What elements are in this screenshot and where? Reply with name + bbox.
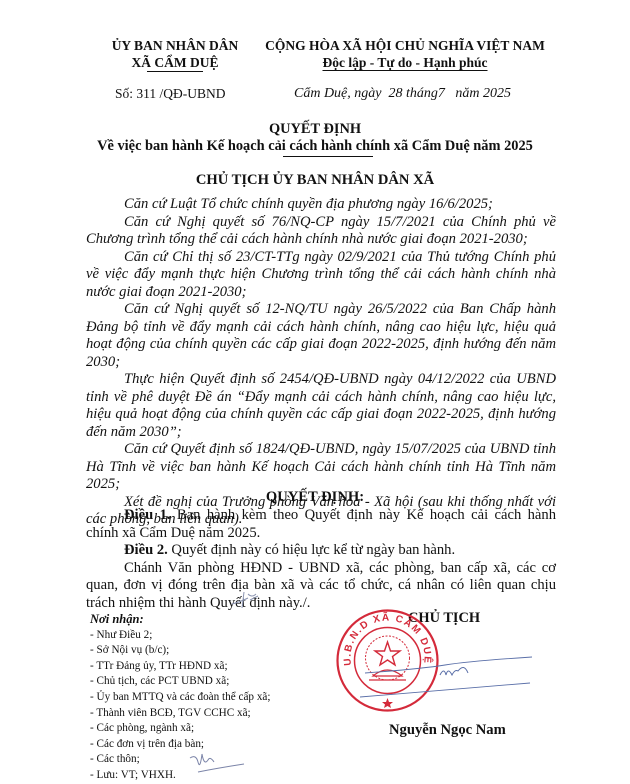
signer-name: Nguyễn Ngọc Nam — [389, 722, 506, 739]
recipient-item: - Như Điều 2; — [90, 628, 270, 644]
document-subject: Về việc ban hành Kế hoạch cải cách hành … — [0, 138, 630, 155]
subject-underline — [283, 156, 373, 157]
article-2: Điều 2. Quyết định này có hiệu lực kể từ… — [86, 542, 556, 560]
issuing-agency: ỦY BAN NHÂN DÂN XÃ CẨM DUỆ — [95, 37, 255, 71]
recipient-item: - Thành viên BCĐ, TGV CCHC xã; — [90, 706, 270, 722]
recipient-item: - Chủ tịch, các PCT UBND xã; — [90, 674, 270, 690]
legal-basis-4: Căn cứ Nghị quyết số 12-NQ/TU ngày 26/5/… — [86, 301, 556, 371]
signature-icon — [360, 655, 540, 700]
legal-basis-2: Căn cứ Nghị quyết số 76/NQ-CP ngày 15/7/… — [86, 214, 556, 249]
initials-mark-icon — [230, 588, 262, 612]
article-1: Điều 1. Ban hành kèm theo Quyết định này… — [86, 507, 556, 542]
preamble: Căn cứ Luật Tổ chức chính quyền địa phươ… — [86, 196, 556, 529]
clerk-initials-icon — [188, 748, 248, 778]
closing-clause: Chánh Văn phòng HĐND - UBND xã, các phòn… — [86, 560, 556, 613]
recipient-item: - Sở Nội vụ (b/c); — [90, 643, 270, 659]
legal-basis-1: Căn cứ Luật Tổ chức chính quyền địa phươ… — [86, 196, 556, 214]
recipients-heading: Nơi nhận: — [90, 612, 270, 628]
recipient-item: - TTr Đảng ủy, TTr HĐND xã; — [90, 659, 270, 675]
recipient-item: - Ủy ban MTTQ và các đoàn thể cấp xã; — [90, 690, 270, 706]
legal-basis-6: Căn cứ Quyết định số 1824/QĐ-UBND, ngày … — [86, 441, 556, 494]
agency-line-1: ỦY BAN NHÂN DÂN — [95, 37, 255, 54]
agency-underline — [147, 71, 203, 72]
decision-articles: Điều 1. Ban hành kèm theo Quyết định này… — [86, 507, 556, 612]
place-and-date: Cẩm Duệ, ngày 28 tháng7 năm 2025 — [294, 86, 511, 102]
legal-basis-5: Thực hiện Quyết định số 2454/QĐ-UBND ngà… — [86, 371, 556, 441]
nation-line-1: CỘNG HÒA XÃ HỘI CHỦ NGHĨA VIỆT NAM — [255, 37, 555, 54]
recipient-item: - Các phòng, ngành xã; — [90, 721, 270, 737]
national-motto: CỘNG HÒA XÃ HỘI CHỦ NGHĨA VIỆT NAM Độc l… — [255, 37, 555, 71]
document-number: Số: 311 /QĐ-UBND — [115, 86, 226, 102]
legal-basis-3: Căn cứ Chỉ thị số 23/CT-TTg ngày 02/9/20… — [86, 249, 556, 302]
document-type: QUYẾT ĐỊNH — [0, 121, 630, 138]
issuing-authority: CHỦ TỊCH ỦY BAN NHÂN DÂN XÃ — [0, 172, 630, 189]
nation-line-2: Độc lập - Tự do - Hạnh phúc — [255, 54, 555, 71]
decision-heading: QUYẾT ĐỊNH: — [0, 489, 630, 506]
agency-line-2: XÃ CẨM DUỆ — [95, 54, 255, 71]
